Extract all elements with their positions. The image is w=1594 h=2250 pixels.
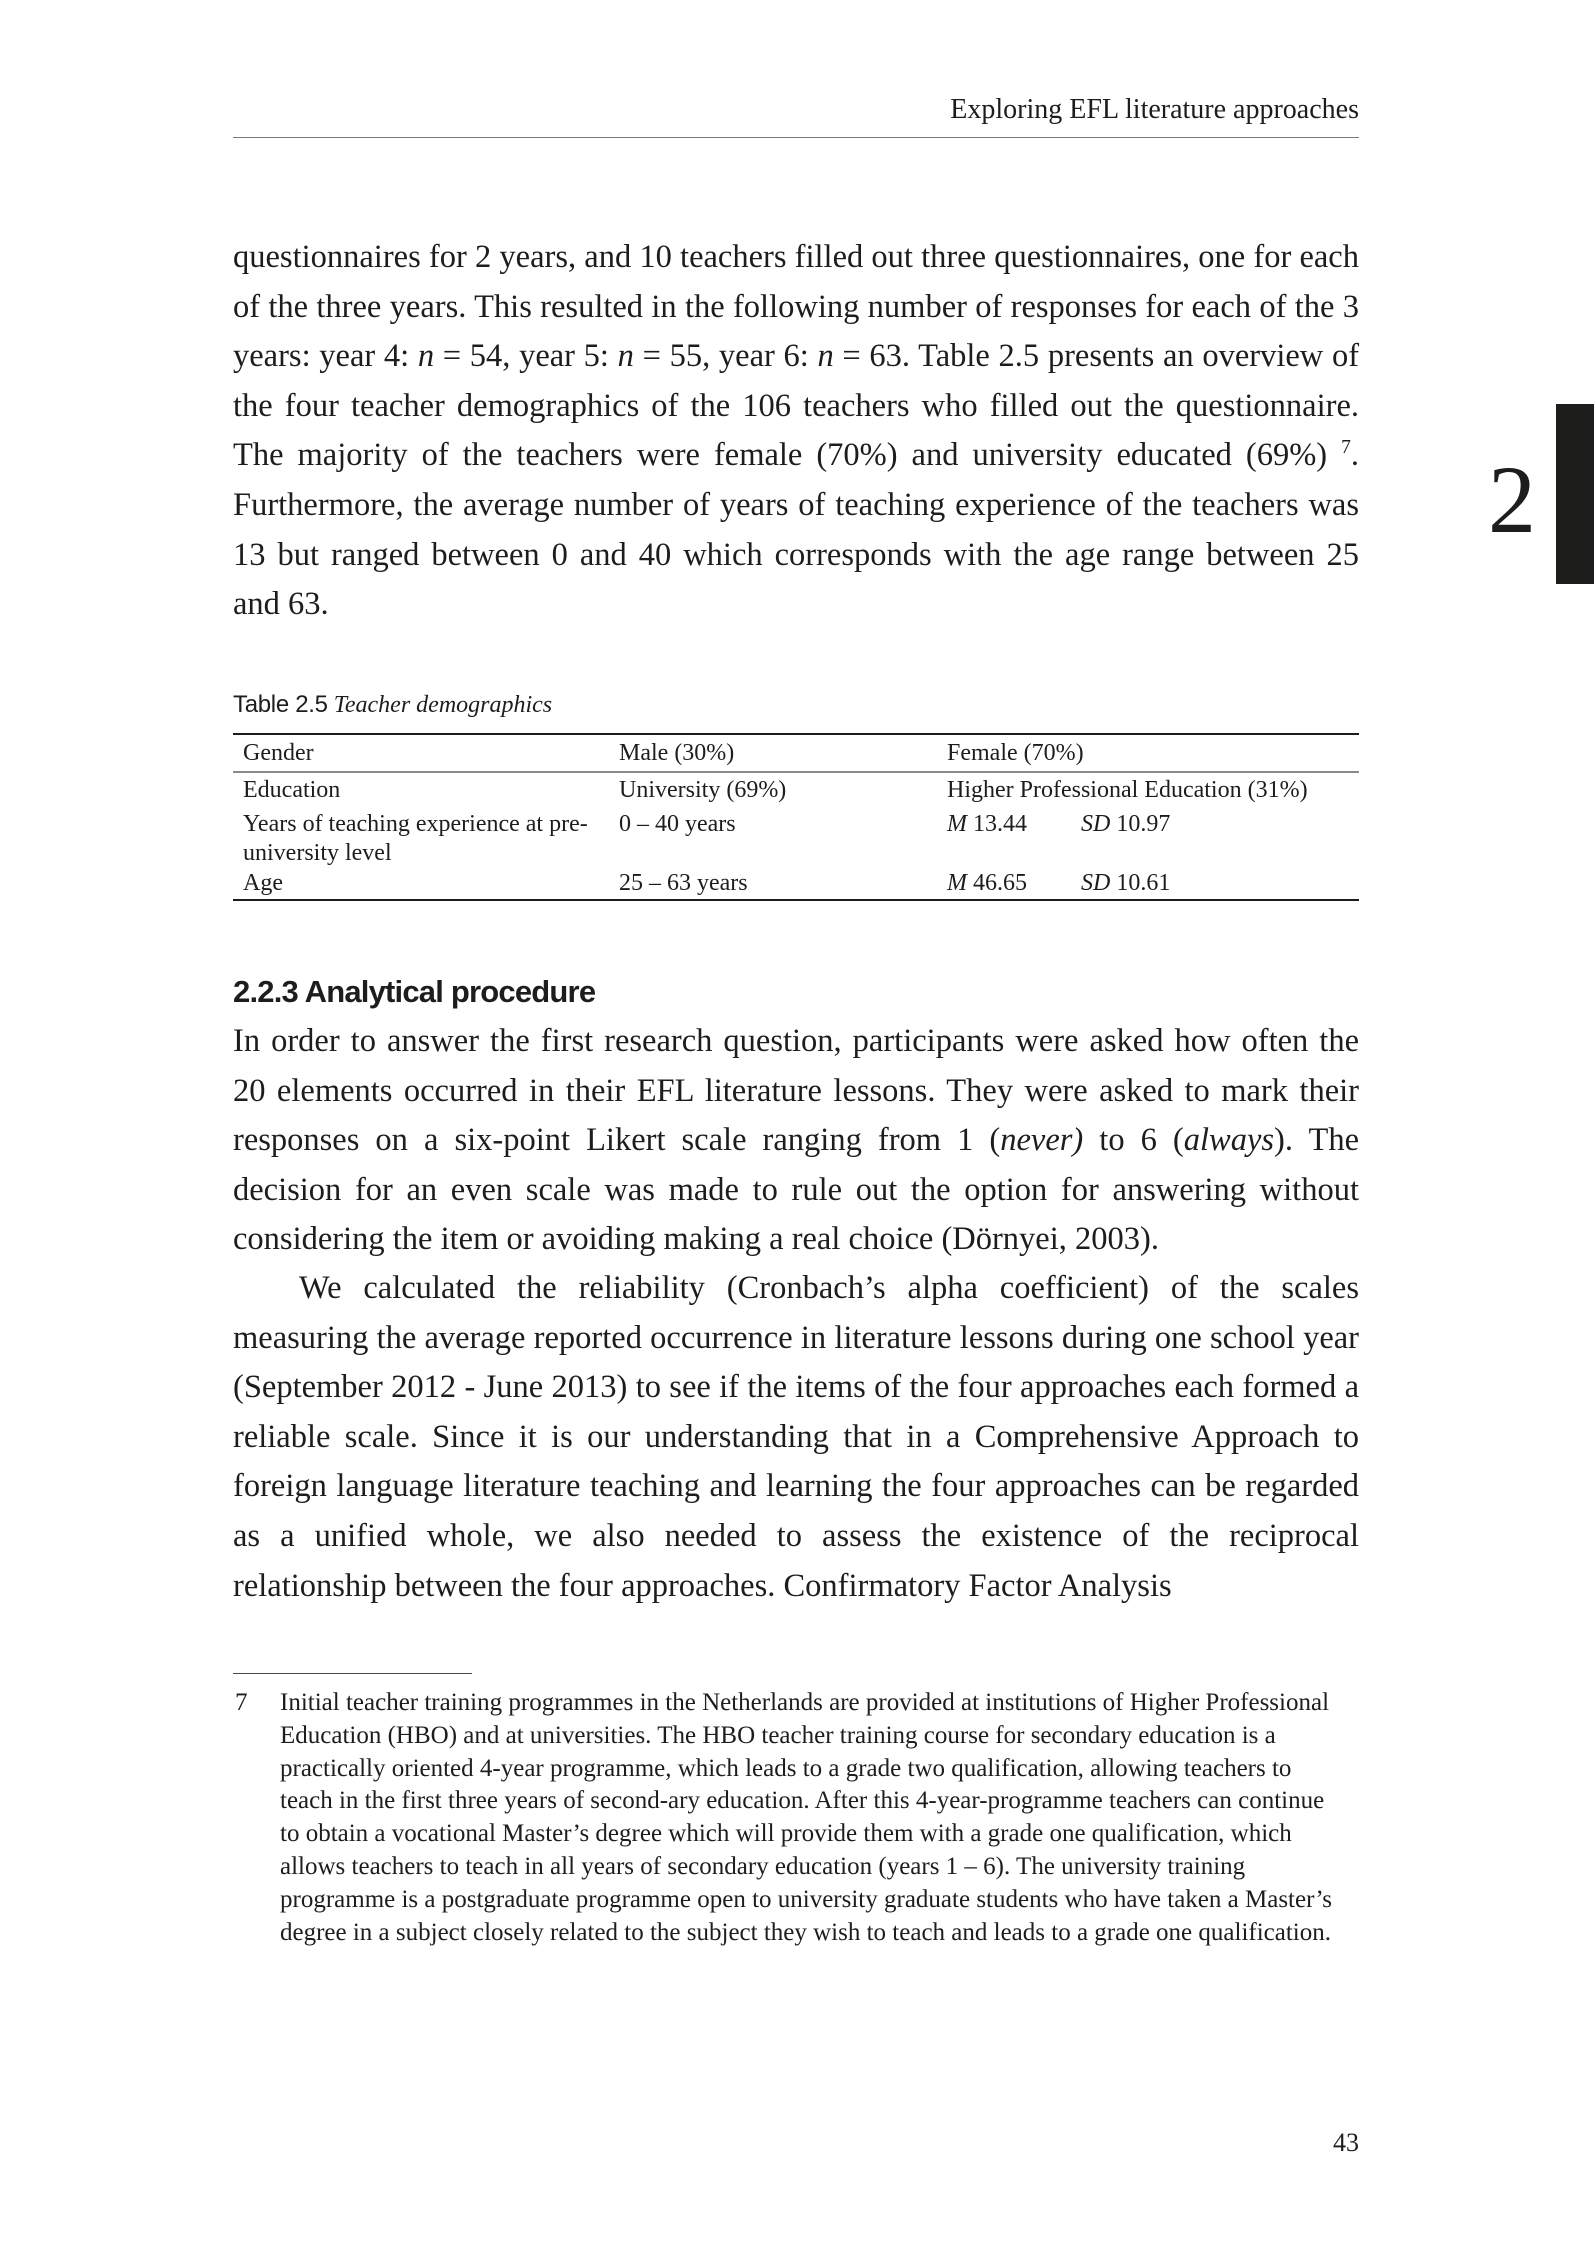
table-row: Years of teaching experience at pre-univ… (233, 805, 1359, 868)
header-rule (233, 137, 1359, 138)
text-run: to 6 ( (1083, 1122, 1184, 1158)
sd-value: 10.61 (1116, 870, 1170, 896)
variable-n: n (618, 338, 634, 374)
sd-stat: SD 10.97 (1081, 810, 1170, 839)
footnote-reference[interactable]: 7 (1341, 438, 1351, 459)
demographics-table: Gender Male (30%) Female (70%) Education… (233, 733, 1359, 901)
text-run: = 55, year 6: (634, 338, 818, 374)
mean-value: 13.44 (973, 811, 1027, 837)
footnote-rule (233, 1673, 472, 1674)
mean-value: 46.65 (973, 870, 1027, 896)
sd-label: SD (1081, 870, 1110, 896)
row-label: Years of teaching experience at pre-univ… (233, 805, 609, 868)
cell-stats: M 13.44SD 10.97 (937, 805, 1359, 868)
cell-stats: M 46.65SD 10.61 (937, 868, 1359, 900)
cell: 25 – 63 years (609, 868, 937, 900)
footnote-number: 7 (235, 1687, 248, 1720)
section-heading: 2.2.3 Analytical procedure (233, 972, 595, 1012)
sd-value: 10.97 (1116, 811, 1170, 837)
paragraph-demographics: questionnaires for 2 years, and 10 teach… (233, 233, 1359, 630)
chapter-number: 2 (1488, 452, 1536, 548)
text-run: = 54, year 5: (434, 338, 618, 374)
row-label: Education (233, 772, 609, 805)
emphasis-never: never) (1000, 1122, 1083, 1158)
paragraph-reliability: We calculated the reliability (Cronbach’… (233, 1264, 1359, 1611)
mean-stat: M 46.65 (947, 869, 1081, 898)
cell: Female (70%) (937, 734, 1359, 772)
page-number: 43 (1300, 2128, 1359, 2158)
cell: Higher Professional Education (31%) (937, 772, 1359, 805)
text-run: We calculated the reliability (Cronbach’… (233, 1264, 1359, 1611)
mean-label: M (947, 870, 967, 896)
chapter-thumb-tab (1556, 404, 1594, 584)
table-row: Age 25 – 63 years M 46.65SD 10.61 (233, 868, 1359, 900)
variable-n: n (418, 338, 434, 374)
table-row: Gender Male (30%) Female (70%) (233, 734, 1359, 772)
mean-label: M (947, 811, 967, 837)
table-label: Table 2.5 (233, 691, 328, 718)
running-head: Exploring EFL literature approaches (233, 92, 1359, 128)
table-row: Education University (69%) Higher Profes… (233, 772, 1359, 805)
sd-stat: SD 10.61 (1081, 869, 1170, 898)
mean-stat: M 13.44 (947, 810, 1081, 839)
variable-n: n (817, 338, 833, 374)
cell: Male (30%) (609, 734, 937, 772)
cell: 0 – 40 years (609, 805, 937, 868)
table-caption: Table 2.5 Teacher demographics (233, 690, 552, 720)
row-label: Age (233, 868, 609, 900)
footnote: 7 Initial teacher training programmes in… (233, 1687, 1359, 1949)
table-title: Teacher demographics (334, 692, 552, 718)
row-label: Gender (233, 734, 609, 772)
sd-label: SD (1081, 811, 1110, 837)
paragraph-likert: In order to answer the first research qu… (233, 1017, 1359, 1265)
cell: University (69%) (609, 772, 937, 805)
emphasis-always: always (1184, 1122, 1274, 1158)
footnote-text: Initial teacher training programmes in t… (280, 1687, 1340, 1949)
